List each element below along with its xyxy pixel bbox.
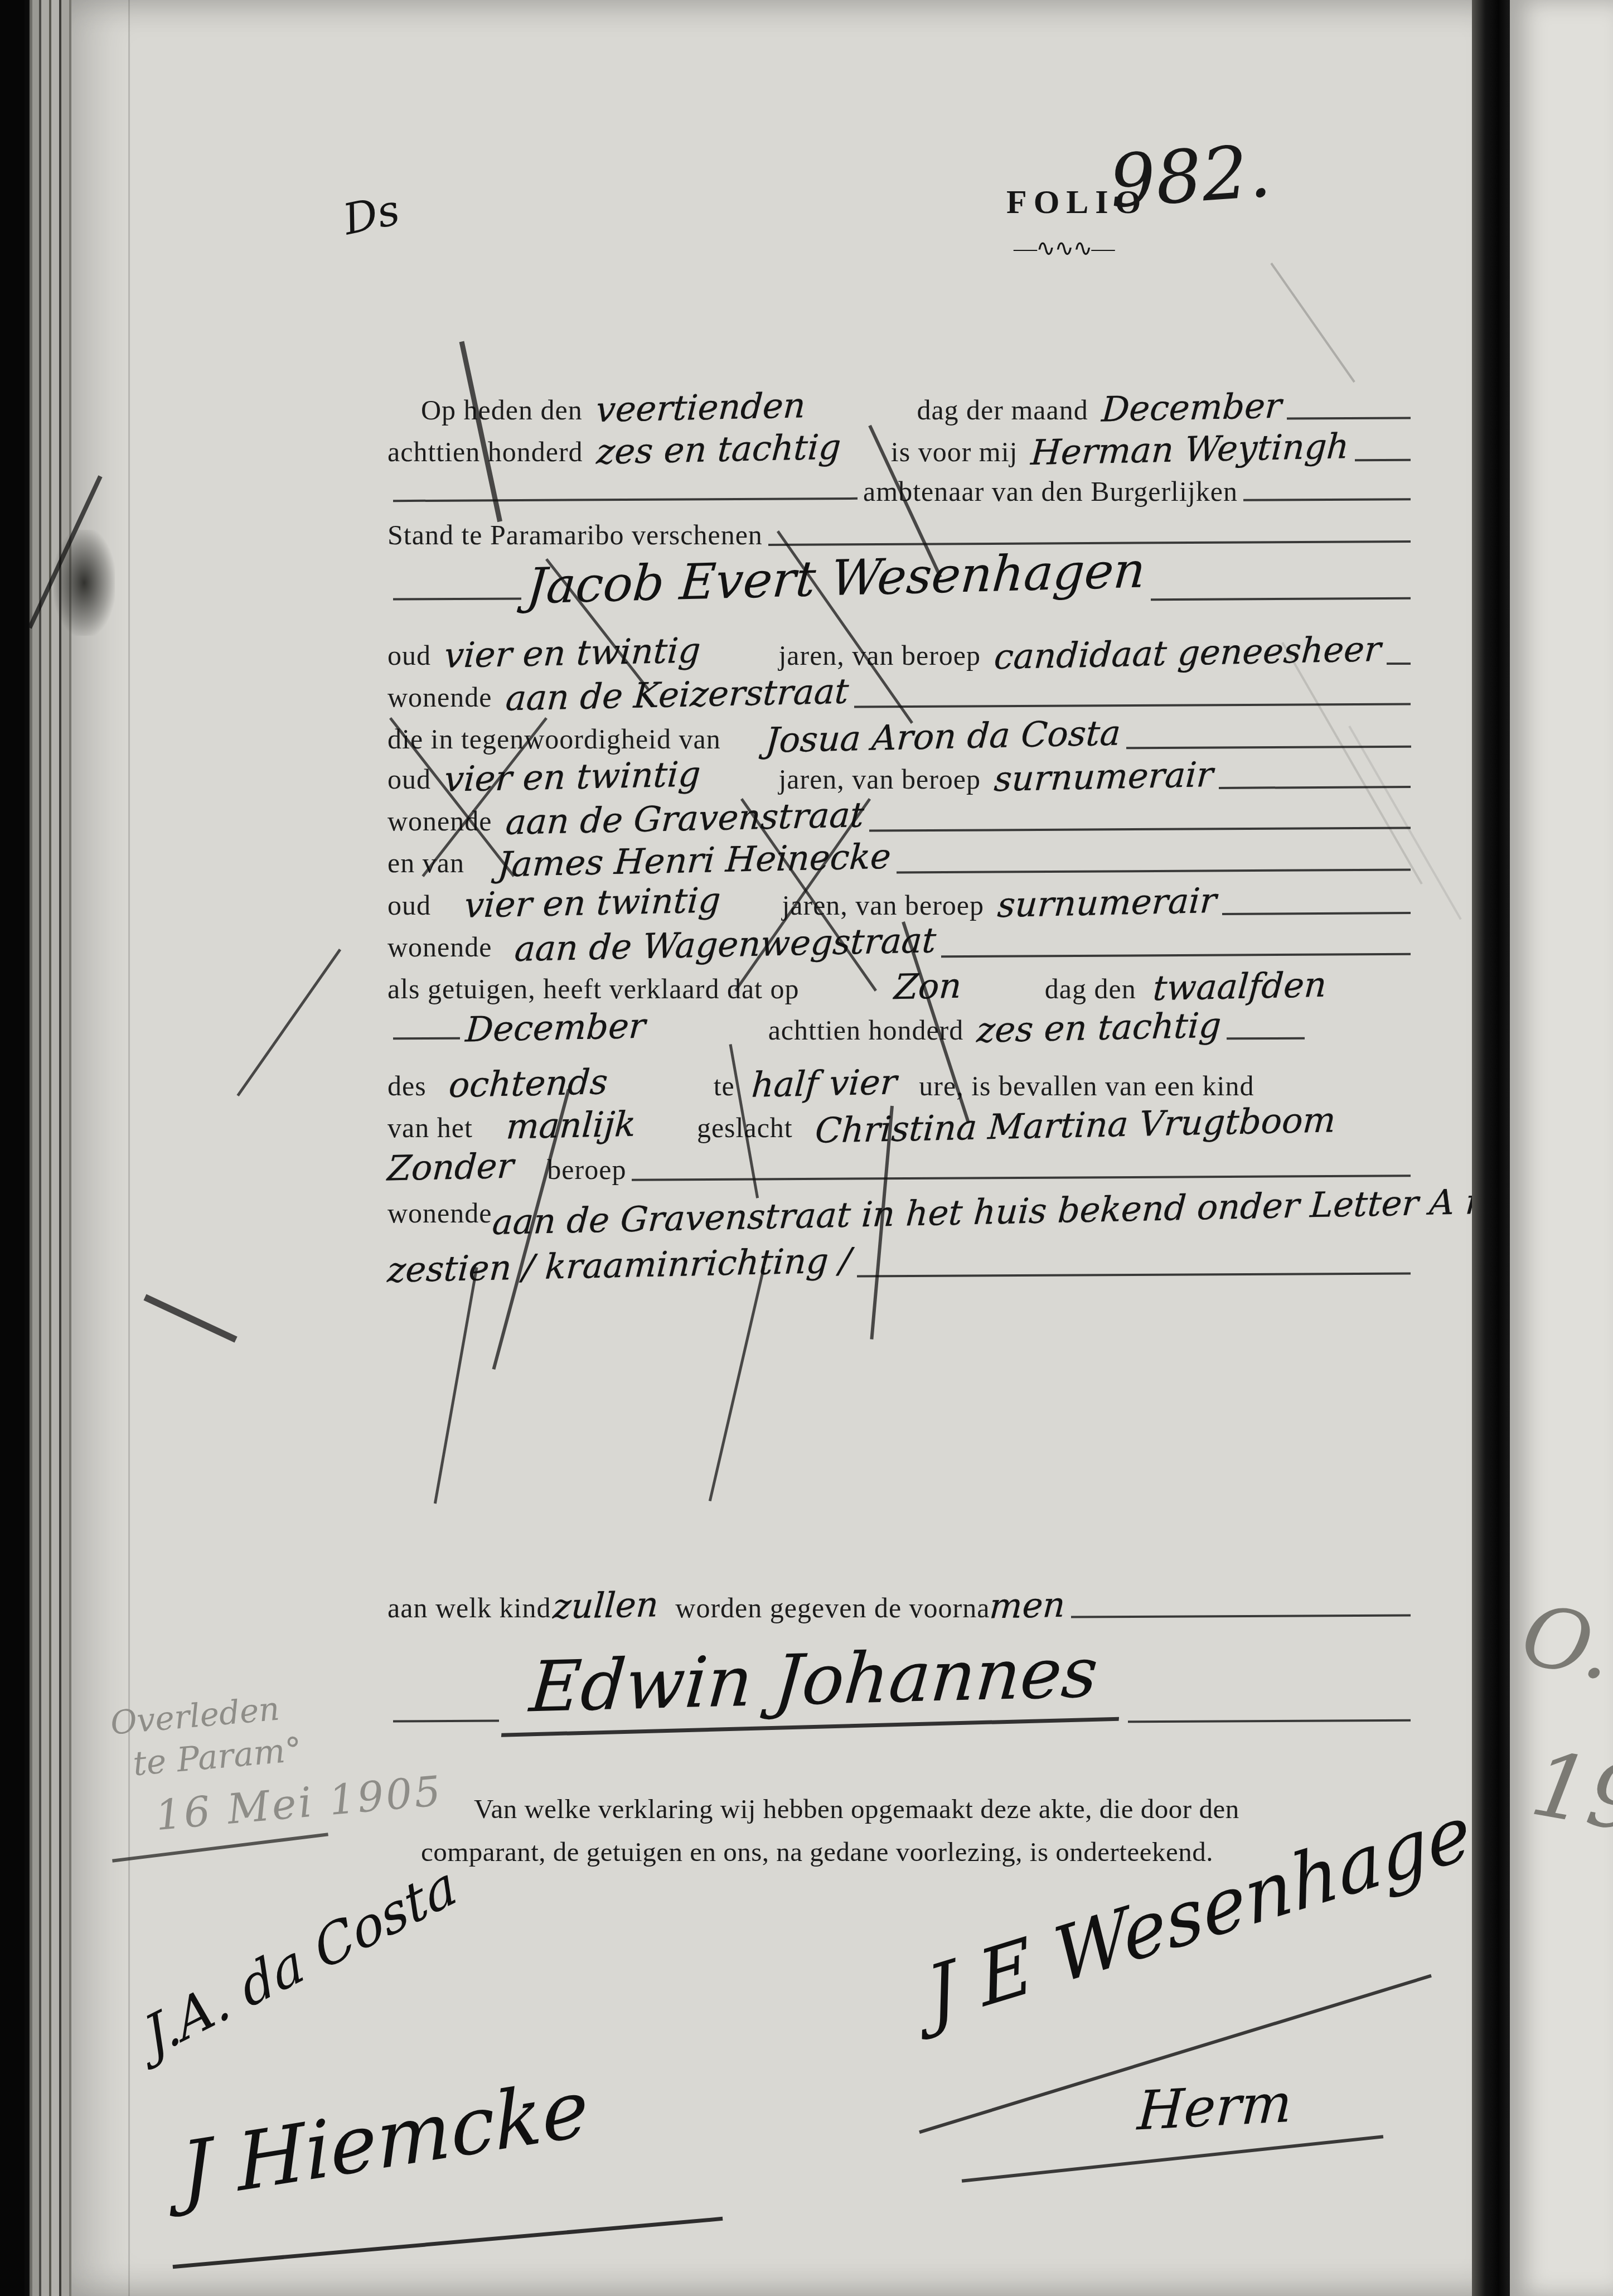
form-rule-line (1355, 459, 1411, 462)
form-rule-line (1128, 1719, 1411, 1723)
act-line-1: Op heden den veertienden dag der maand D… (387, 390, 1416, 426)
printed-text: wonende (387, 931, 492, 963)
printed-text: ure, is bevallen van een kind (919, 1070, 1254, 1102)
form-rule-line (854, 703, 1411, 708)
closing-paragraph: Van welke verklaring wij hebben opgemaak… (421, 1787, 1307, 1874)
ink-stroke (143, 1294, 237, 1343)
handwritten-entry: December (464, 1009, 647, 1047)
act-line-9: oud vier en twintig jaren, van beroep su… (387, 760, 1416, 795)
printed-text: die in tegenwoordigheid van (387, 723, 721, 755)
signature-witness-1: J.A. da Costa (137, 1853, 464, 2068)
handwritten-entry: zestien / kraaminrichting / (386, 1243, 852, 1288)
signature-flourish (173, 2217, 723, 2269)
handwritten-entry: surnumerair (993, 757, 1214, 796)
child-name-line: Edwin Johannes (387, 1640, 1416, 1729)
printed-text: aan welk kind (387, 1592, 551, 1624)
form-rule-line (1243, 498, 1411, 501)
ink-stain (54, 530, 115, 636)
handwritten-entry: manlijk (505, 1107, 637, 1144)
act-line-6: oud vier en twintig jaren, van beroep ca… (387, 636, 1416, 671)
printed-text: worden gegeven de voorna (675, 1592, 990, 1624)
act-line-10: wonende aan de Gravenstraat (387, 801, 1416, 837)
handwritten-entry: twaalfden (1152, 968, 1328, 1006)
paper-crease (128, 0, 130, 2296)
form-rule-line (1071, 1614, 1411, 1618)
act-line-21: aan welk kind zullen worden gegeven de v… (387, 1588, 1416, 1624)
handwritten-entry: aan de Gravenstraat in het huis bekend o… (491, 1182, 1612, 1240)
neighbor-pencil-mark: 19 (1524, 1731, 1613, 1854)
handwritten-entry: aan de Wagenwegstraat (514, 923, 937, 966)
handwritten-entry: Herman Weytingh (1030, 429, 1350, 470)
scratch-mark (1270, 263, 1355, 383)
handwritten-entry: zullen (552, 1587, 660, 1624)
printed-text: Stand te Paramaribo verschenen (387, 519, 763, 551)
printed-text: wonende (387, 681, 492, 713)
handwritten-entry: zes en tachtig (595, 429, 842, 469)
handwritten-entry: December (1101, 389, 1283, 427)
next-page-sliver: O. t 19 (1510, 0, 1613, 2296)
printed-text: van het (387, 1111, 473, 1144)
act-line-18: Zonder beroep (387, 1150, 1416, 1186)
book-scan: Ds FOLIO 982. —∿∿∿— Op heden den veertie… (0, 0, 1613, 2296)
form-rule-line (1387, 663, 1411, 665)
act-line-12: oud vier en twintig jaren, van beroep su… (387, 886, 1416, 921)
form-rule-line (632, 1174, 1411, 1181)
folio-flourish: —∿∿∿— (1014, 234, 1114, 262)
handwritten-entry: candidaat geneesheer (993, 632, 1382, 675)
handwritten-entry: half vier (750, 1065, 898, 1103)
handwritten-entry: ochtends (448, 1065, 609, 1103)
ink-stroke (434, 1267, 478, 1504)
printed-text: wonende (387, 1197, 492, 1229)
printed-text: Op heden den (421, 394, 583, 426)
margin-note-overleden: Overleden te Param° 16 Mei 1905 (109, 1676, 444, 1843)
handwritten-entry: aan de Keizerstraat (505, 674, 850, 716)
handwritten-entry: veertienden (595, 388, 807, 427)
handwritten-entry: men (989, 1588, 1067, 1624)
act-line-11: en van James Henri Heinecke (387, 843, 1416, 879)
act-line-17: van het manlijk geslacht Christina Marti… (387, 1108, 1416, 1144)
printed-text: dag der maand (917, 394, 1088, 426)
ink-stroke (236, 949, 341, 1096)
printed-text: dag den (1045, 973, 1136, 1005)
signature-witness-2: J Hiemcke (178, 2062, 590, 2218)
handwritten-entry: vier en twintig (443, 633, 701, 673)
handwritten-entry: aan de Gravenstraat (505, 797, 865, 840)
printed-text: is voor mij (891, 436, 1018, 468)
form-rule-line (857, 1272, 1411, 1277)
form-rule-line (1151, 597, 1411, 601)
signature-registrar: Herm (1136, 2072, 1294, 2143)
printed-text: oud (387, 889, 431, 921)
act-line-15: December achttien honderd zes en tachtig (387, 1011, 1416, 1046)
form-rule-line (897, 869, 1411, 874)
printed-text: des (387, 1070, 427, 1102)
form-rule-line (1287, 417, 1411, 419)
handwritten-comparant-name: Jacob Evert Wesenhagen (525, 541, 1147, 615)
printed-text: ambtenaar van den Burgerlijken (863, 475, 1238, 507)
act-line-2: achttien honderd zes en tachtig is voor … (387, 432, 1416, 468)
handwritten-entry: James Henri Heinecke (497, 839, 892, 882)
printed-text: te (714, 1070, 735, 1102)
signature-flourish (962, 2135, 1383, 2182)
handwritten-entry: vier en twintig (463, 883, 721, 923)
form-rule-line (393, 1037, 460, 1040)
ink-stroke (709, 1267, 766, 1501)
handwritten-child-name: Edwin Johannes (501, 1631, 1126, 1737)
handwritten-entry: zes en tachtig (976, 1008, 1222, 1047)
act-line-19: wonende aan de Gravenstraat in het huis … (387, 1193, 1416, 1229)
form-rule-line (1219, 786, 1411, 789)
folio-number-handwritten: 982. (1107, 128, 1273, 224)
form-rule-line (941, 953, 1411, 958)
printed-text: jaren, van beroep (778, 763, 981, 795)
form-rule-line (1126, 746, 1411, 750)
printed-text: jaren, van beroep (778, 639, 981, 671)
form-rule-line (1222, 912, 1411, 915)
handwritten-entry: vier en twintig (443, 757, 701, 797)
handwritten-entry: Josua Aron da Costa (764, 716, 1122, 757)
form-rule-line (393, 597, 521, 600)
act-line-20: zestien / kraaminrichting / (387, 1248, 1416, 1283)
margin-ink-monogram: Ds (339, 185, 404, 245)
act-line-4: Stand te Paramaribo verschenen (387, 519, 1416, 551)
neighbor-pencil-mark: O. t (1514, 1586, 1613, 1712)
act-line-14: als getuigen, heeft verklaard dat op Zon… (387, 969, 1416, 1005)
printed-text: jaren, van beroep (782, 889, 984, 921)
act-line-5-comparant-name: Jacob Evert Wesenhagen (387, 549, 1416, 607)
printed-text: oud (387, 763, 431, 795)
form-rule-line (869, 826, 1411, 832)
printed-text: beroep (547, 1153, 626, 1186)
handwritten-entry: surnumerair (996, 883, 1218, 922)
act-line-16: des ochtends te half vier ure, is bevall… (387, 1066, 1416, 1102)
book-gutter (1472, 0, 1510, 2296)
form-rule-line (1227, 1037, 1305, 1040)
handwritten-entry: Zonder (386, 1149, 515, 1186)
act-line-13: wonende aan de Wagenwegstraat (387, 927, 1416, 963)
printed-text: oud (387, 639, 431, 671)
form-rule-line (393, 497, 858, 502)
register-page: Ds FOLIO 982. —∿∿∿— Op heden den veertie… (71, 0, 1515, 2296)
